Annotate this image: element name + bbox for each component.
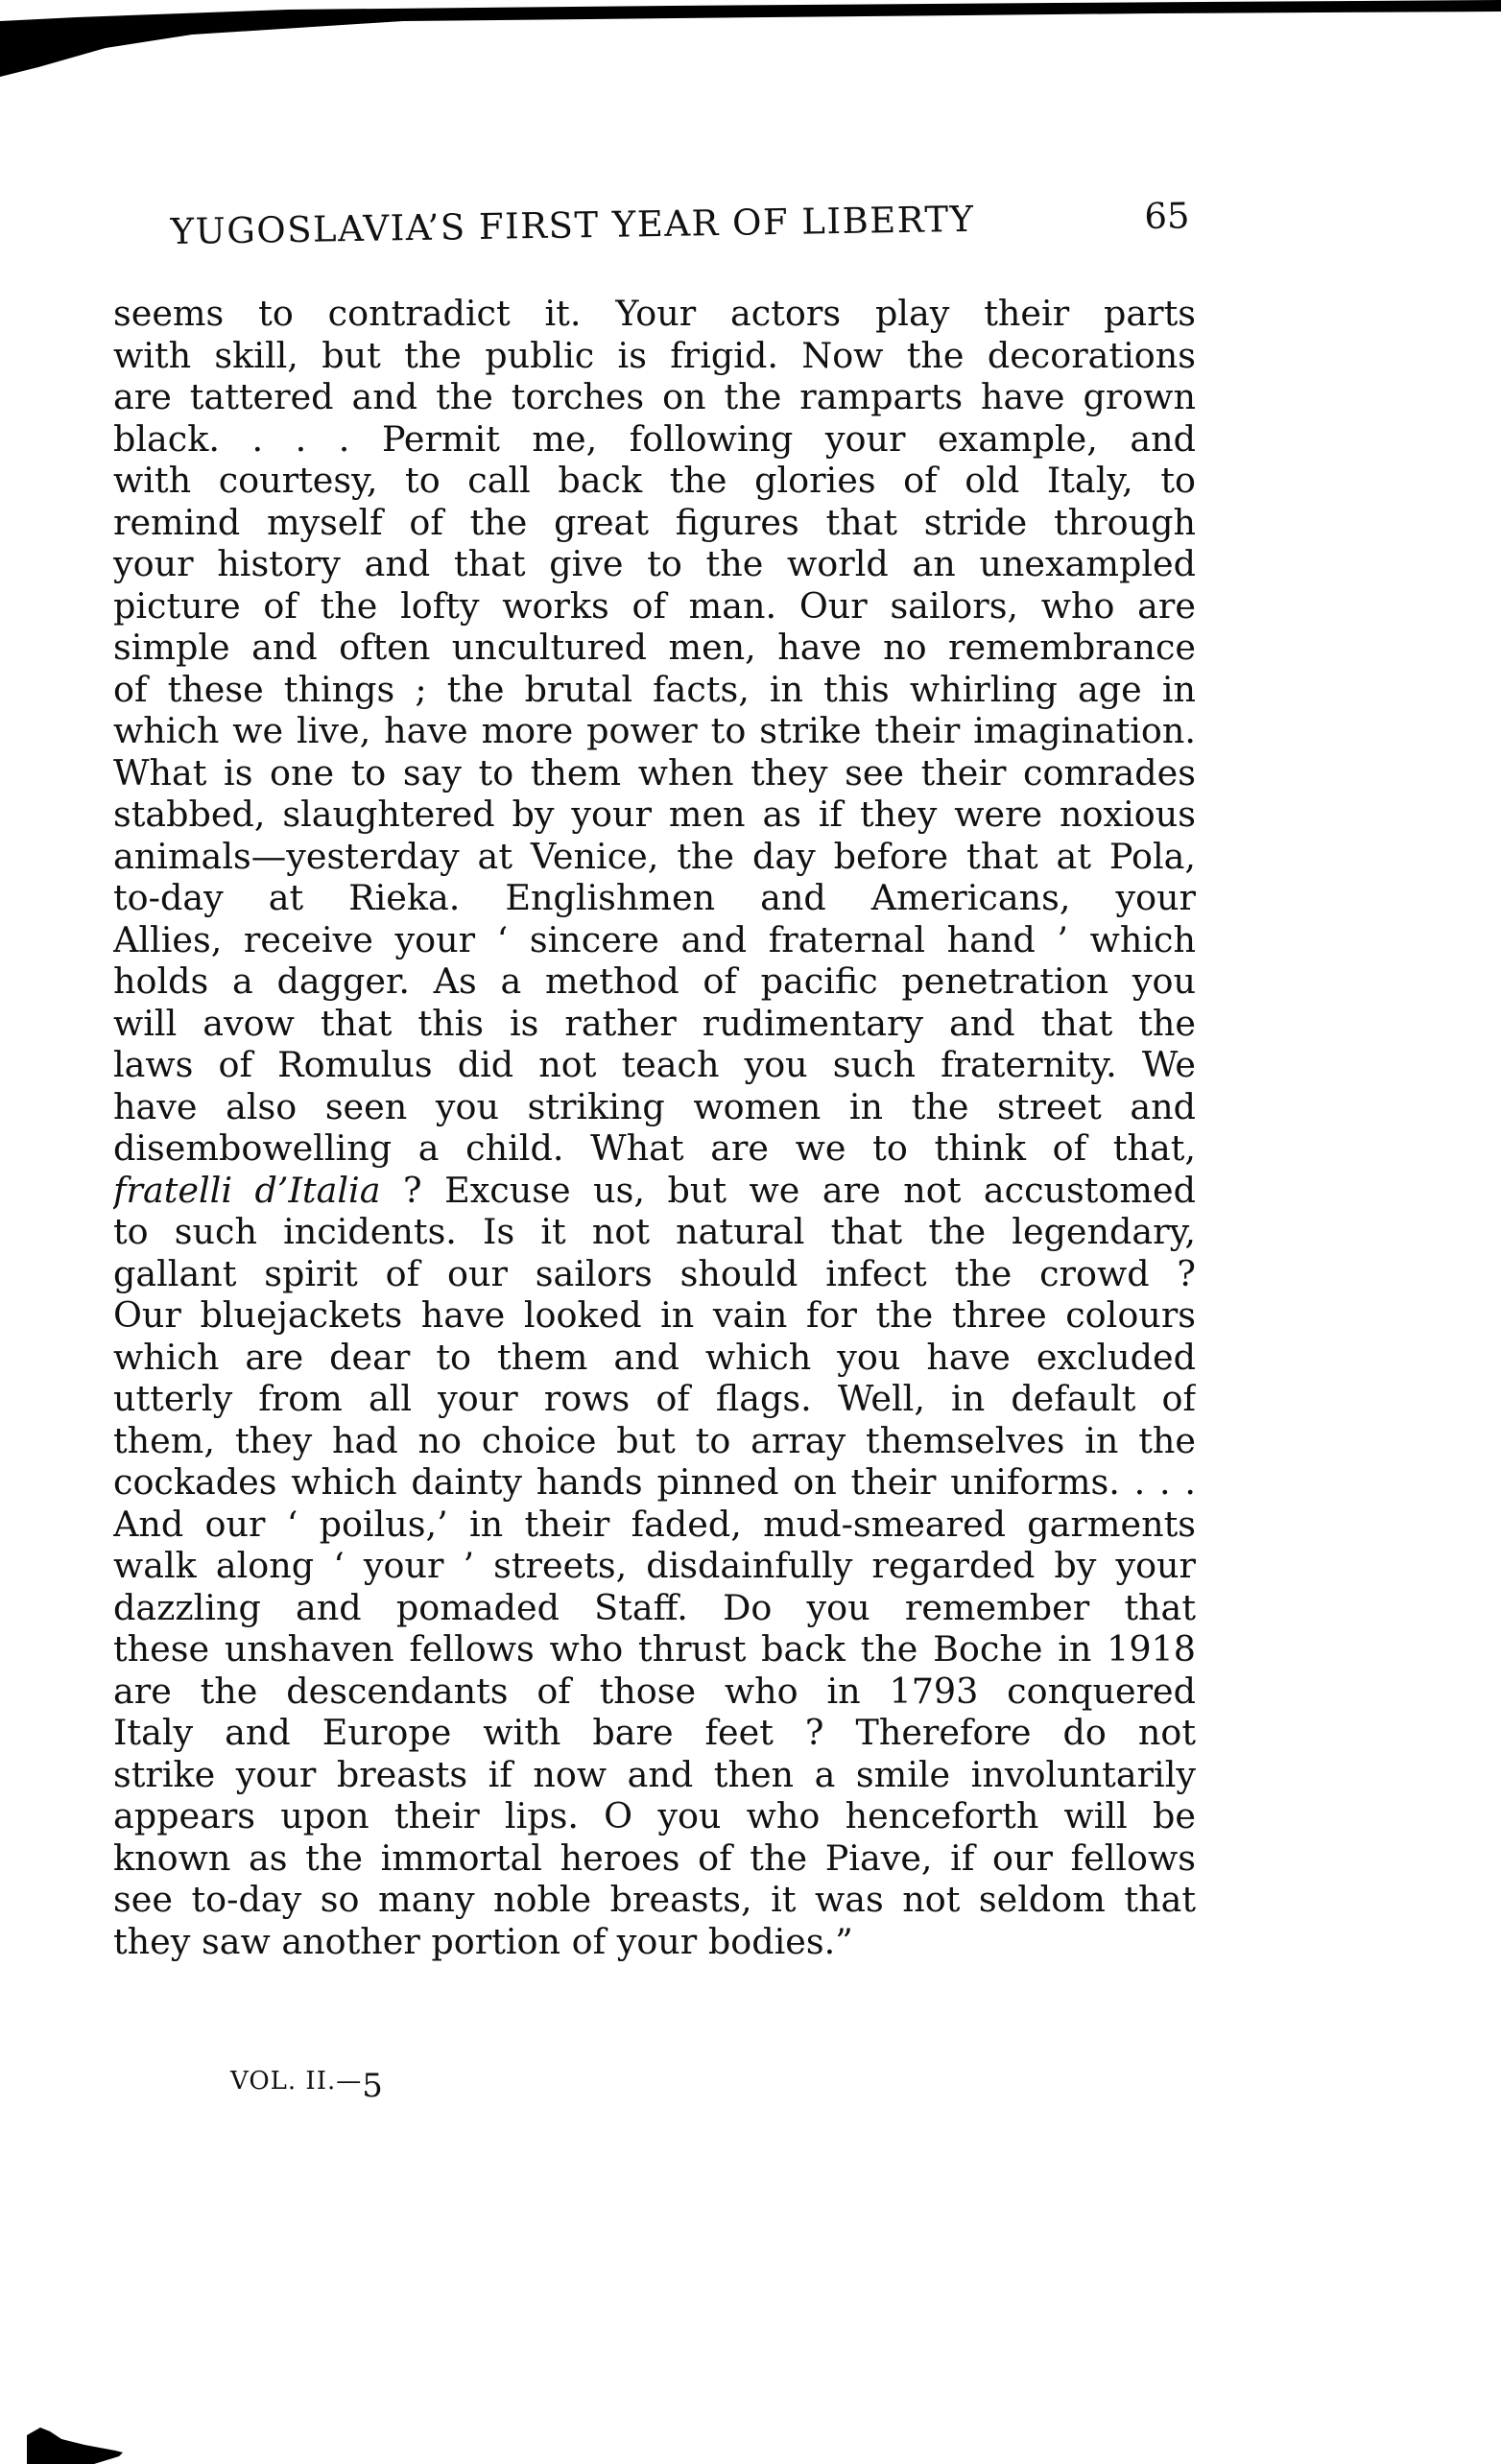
italic-phrase: fratelli d’Italia <box>113 1170 380 1211</box>
signature-mark: VOL. II.—5 <box>230 2059 384 2097</box>
text-line: gallant spirit of our sailors should inf… <box>113 1253 1196 1295</box>
text-line: which we live, have more power to strike… <box>113 710 1196 752</box>
text-line: walk along ‘ your ’ streets, disdainfull… <box>113 1545 1196 1587</box>
text-line: have also seen you striking women in the… <box>113 1086 1196 1128</box>
text-line: see to-day so many noble breasts, it was… <box>113 1879 1196 1921</box>
scan-edge-shadow-top <box>0 0 1501 77</box>
text-line: appears upon their lips. O you who hence… <box>113 1795 1196 1837</box>
running-head-title: YUGOSLAVIA’S FIRST YEAR OF LIBERTY <box>170 199 975 252</box>
text-line: Our bluejackets have looked in vain for … <box>113 1294 1196 1337</box>
text-line: which are dear to them and which you hav… <box>113 1337 1196 1379</box>
text-line: your history and that give to the world … <box>113 543 1196 585</box>
signature-mark-text: VOL. II.— <box>230 2067 362 2096</box>
text-line: disembowelling a child. What are we to t… <box>113 1127 1196 1170</box>
text-line: dazzling and pomaded Staff. Do you remem… <box>113 1587 1196 1629</box>
text-line: of these things ; the brutal facts, in t… <box>113 669 1196 711</box>
running-head: YUGOSLAVIA’S FIRST YEAR OF LIBERTY 65 <box>170 195 1196 252</box>
italic-line-rest: ? Excuse us, but we are not accustomed <box>380 1170 1196 1211</box>
text-line: And our ‘ poilus,’ in their faded, mud-s… <box>113 1504 1196 1546</box>
text-line-last: they saw another portion of your bodies.… <box>113 1921 1196 1963</box>
text-line: these unshaven fellows who thrust back t… <box>113 1628 1196 1670</box>
text-line: strike your breasts if now and then a sm… <box>113 1754 1196 1796</box>
text-line: known as the immortal heroes of the Piav… <box>113 1837 1196 1880</box>
text-line: simple and often uncultured men, have no… <box>113 627 1196 669</box>
text-line: picture of the lofty works of man. Our s… <box>113 585 1196 628</box>
text-line: Allies, receive your ‘ sincere and frate… <box>113 919 1196 961</box>
text-line: animals—yesterday at Venice, the day bef… <box>113 836 1196 878</box>
body-text: seems to contradict it. Your actors play… <box>113 293 1196 1962</box>
text-line: them, they had no choice but to array th… <box>113 1420 1196 1462</box>
text-line: are tattered and the torches on the ramp… <box>113 376 1196 418</box>
text-line: remind myself of the great figures that … <box>113 502 1196 544</box>
text-line: laws of Romulus did not teach you such f… <box>113 1044 1196 1086</box>
text-line: black. . . . Permit me, following your e… <box>113 418 1196 461</box>
text-line: with courtesy, to call back the glories … <box>113 460 1196 502</box>
text-line: seems to contradict it. Your actors play… <box>113 293 1196 335</box>
text-line: with skill, but the public is frigid. No… <box>113 335 1196 377</box>
text-line: cockades which dainty hands pinned on th… <box>113 1461 1196 1504</box>
text-line: are the descendants of those who in 1793… <box>113 1670 1196 1713</box>
text-line: will avow that this is rather rudimentar… <box>113 1003 1196 1045</box>
scan-edge-shadow-bottom <box>27 2428 123 2464</box>
signature-number: 5 <box>362 2067 384 2105</box>
text-line: to-day at Rieka. Englishmen and American… <box>113 877 1196 919</box>
text-line: stabbed, slaughtered by your men as if t… <box>113 794 1196 836</box>
page-number: 65 <box>1144 195 1190 237</box>
text-line: utterly from all your rows of flags. Wel… <box>113 1378 1196 1420</box>
text-line: What is one to say to them when they see… <box>113 752 1196 794</box>
text-line-italic-phrase: fratelli d’Italia ? Excuse us, but we ar… <box>113 1170 1196 1212</box>
text-line: Italy and Europe with bare feet ? Theref… <box>113 1712 1196 1754</box>
text-line: holds a dagger. As a method of pacific p… <box>113 960 1196 1003</box>
text-line: to such incidents. Is it not natural tha… <box>113 1211 1196 1253</box>
